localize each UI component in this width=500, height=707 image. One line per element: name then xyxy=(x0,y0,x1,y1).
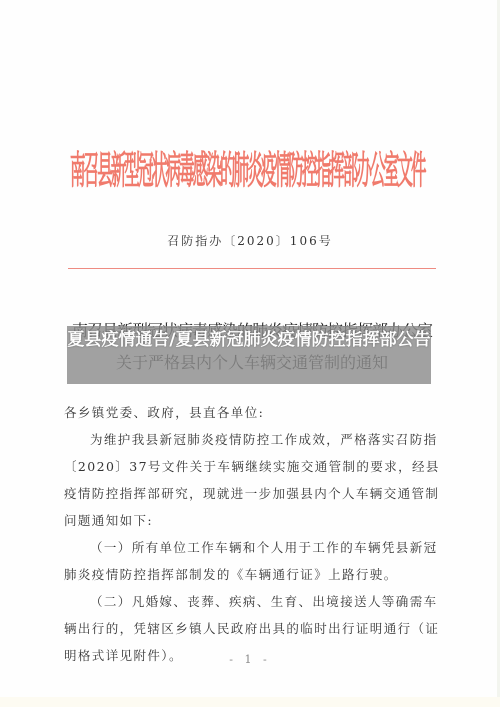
document-page: 南召县新型冠状病毒感染的肺炎疫情防控指挥部办公室文件 召防指办〔2020〕106… xyxy=(0,0,500,707)
red-divider xyxy=(68,268,436,269)
page-bottom-edge xyxy=(0,697,500,707)
paragraph-intro: 为维护我县新冠肺炎疫情防控工作成效，严格落实召防指〔2020〕37号文件关于车辆… xyxy=(64,426,440,534)
notice-body: 各乡镇党委、政府，县直各单位: 为维护我县新冠肺炎疫情防控工作成效，严格落实召防… xyxy=(64,399,440,669)
document-number: 召防指办〔2020〕106号 xyxy=(0,232,500,249)
salutation: 各乡镇党委、政府，县直各单位: xyxy=(64,399,440,426)
paragraph-item-1: （一）所有单位工作车辆和个人用于工作的车辆凭县新冠肺炎疫情防控指挥部制发的《车辆… xyxy=(64,534,440,588)
caption-text: 夏县疫情通告/夏县新冠肺炎疫情防控指挥部公告 xyxy=(67,328,431,352)
page-number: - 1 - xyxy=(0,653,500,666)
issuer-header: 南召县新型冠状病毒感染的肺炎疫情防控指挥部办公室文件 xyxy=(70,128,298,215)
